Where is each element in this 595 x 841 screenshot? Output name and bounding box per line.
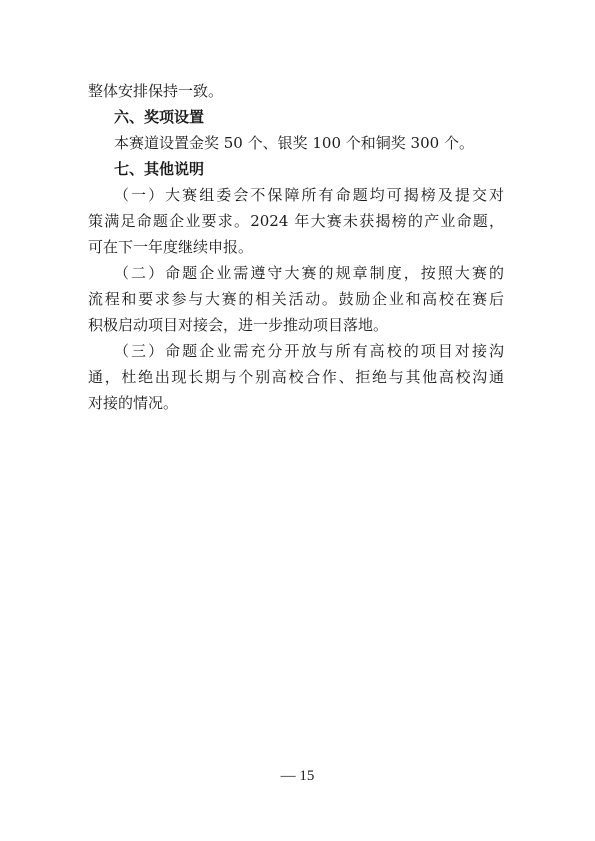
paragraph-line: 可在下一年度继续申报。 <box>88 234 504 260</box>
paragraph-line: 整体安排保持一致。 <box>88 78 504 104</box>
paragraph-line: （三）命题企业需充分开放与所有高校的项目对接沟 <box>88 338 504 364</box>
paragraph-line: （二）命题企业需遵守大赛的规章制度，按照大赛的 <box>88 260 504 286</box>
document-body: 整体安排保持一致。 六、奖项设置 本赛道设置金奖 50 个、银奖 100 个和铜… <box>88 78 504 416</box>
page-number: — 15 <box>0 768 595 785</box>
paragraph-line: （一）大赛组委会不保障所有命题均可揭榜及提交对 <box>88 182 504 208</box>
paragraph-line: 流程和要求参与大赛的相关活动。鼓励企业和高校在赛后 <box>88 286 504 312</box>
section-heading-other: 七、其他说明 <box>88 156 504 182</box>
paragraph-line: 对接的情况。 <box>88 390 504 416</box>
paragraph-line: 积极启动项目对接会，进一步推动项目落地。 <box>88 312 504 338</box>
paragraph-line: 策满足命题企业要求。2024 年大赛未获揭榜的产业命题， <box>88 208 504 234</box>
paragraph-awards: 本赛道设置金奖 50 个、银奖 100 个和铜奖 300 个。 <box>88 130 504 156</box>
paragraph-line: 通，杜绝出现长期与个别高校合作、拒绝与其他高校沟通 <box>88 364 504 390</box>
section-heading-awards: 六、奖项设置 <box>88 104 504 130</box>
